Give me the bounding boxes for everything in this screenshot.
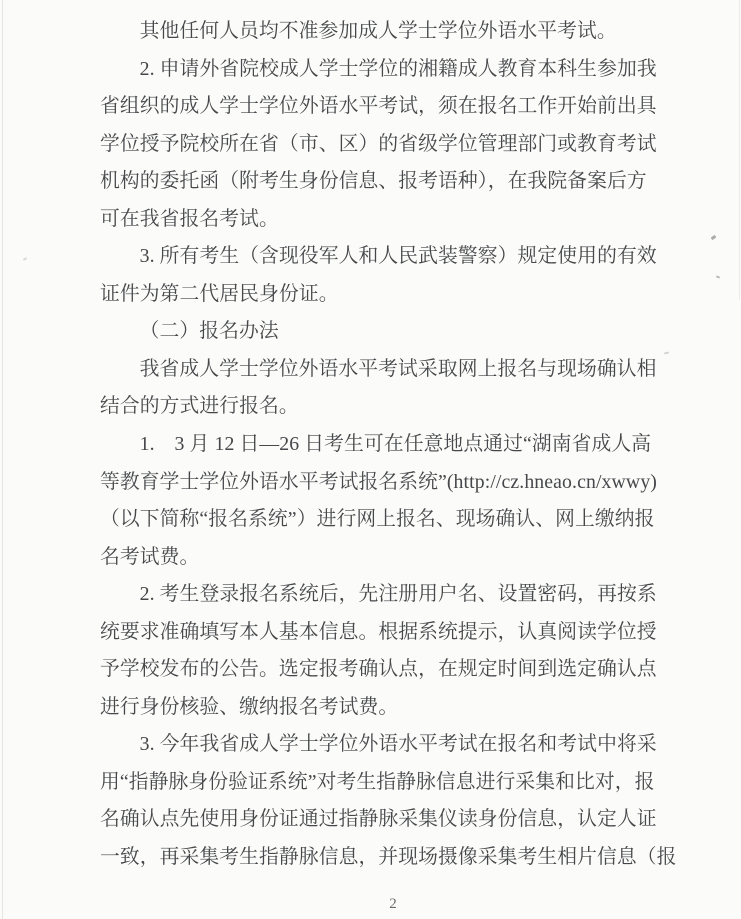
scanned-document-page: 其他任何人员均不准参加成人学士学位外语水平考试。2. 申请外省院校成人学士学位的… [0,0,741,919]
document-line: 进行身份核验、缴纳报名考试费。 [100,689,675,727]
document-line: 可在我省报名考试。 [100,201,675,239]
document-line: 1. 3 月 12 日—26 日考生可在任意地点通过“湖南省成人高 [100,426,675,464]
document-line: 省组织的成人学士学位外语水平考试，须在报名工作开始前出具 [100,88,675,126]
document-line: 其他任何人员均不准参加成人学士学位外语水平考试。 [100,13,675,51]
scan-speck [711,235,717,240]
document-line: 统要求准确填写本人基本信息。根据系统提示，认真阅读学位授 [100,614,675,652]
document-line: 予学校发布的公告。选定报考确认点，在规定时间到选定确认点 [100,651,675,689]
document-line: 等教育学士学位外语水平考试报名系统”(http://cz.hneao.cn/xw… [100,464,675,502]
document-line: 2. 申请外省院校成人学士学位的湘籍成人教育本科生参加我 [100,51,675,89]
scan-speck [716,275,720,278]
document-line: 一致，再采集考生指静脉信息，并现场摄像采集考生相片信息（报 [100,839,675,877]
document-line: 结合的方式进行报名。 [100,388,675,426]
scan-speck [23,257,27,261]
document-line: 我省成人学士学位外语水平考试采取网上报名与现场确认相 [100,351,675,389]
document-line: 证件为第二代居民身份证。 [100,276,675,314]
document-text-block: 其他任何人员均不准参加成人学士学位外语水平考试。2. 申请外省院校成人学士学位的… [100,13,675,877]
document-line: （二）报名办法 [100,313,675,351]
document-line: 机构的委托函（附考生身份信息、报考语种），在我院备案后方 [100,163,675,201]
scan-edge-line-left [2,0,3,919]
page-number: 2 [0,896,741,912]
document-line: 2. 考生登录报名系统后，先注册用户名、设置密码，再按系 [100,576,675,614]
document-line: （以下简称“报名系统”）进行网上报名、现场确认、网上缴纳报 [100,501,675,539]
document-line: 3. 今年我省成人学士学位外语水平考试在报名和考试中将采 [100,726,675,764]
document-line: 用“指静脉身份验证系统”对考生指静脉信息进行采集和比对，报 [100,764,675,802]
scan-edge-line-right [739,0,740,300]
document-line: 名考试费。 [100,539,675,577]
document-line: 学位授予院校所在省（市、区）的省级学位管理部门或教育考试 [100,126,675,164]
document-line: 名确认点先使用身份证通过指静脉采集仪读身份信息，认定人证 [100,801,675,839]
document-line: 3. 所有考生（含现役军人和人民武装警察）规定使用的有效 [100,238,675,276]
